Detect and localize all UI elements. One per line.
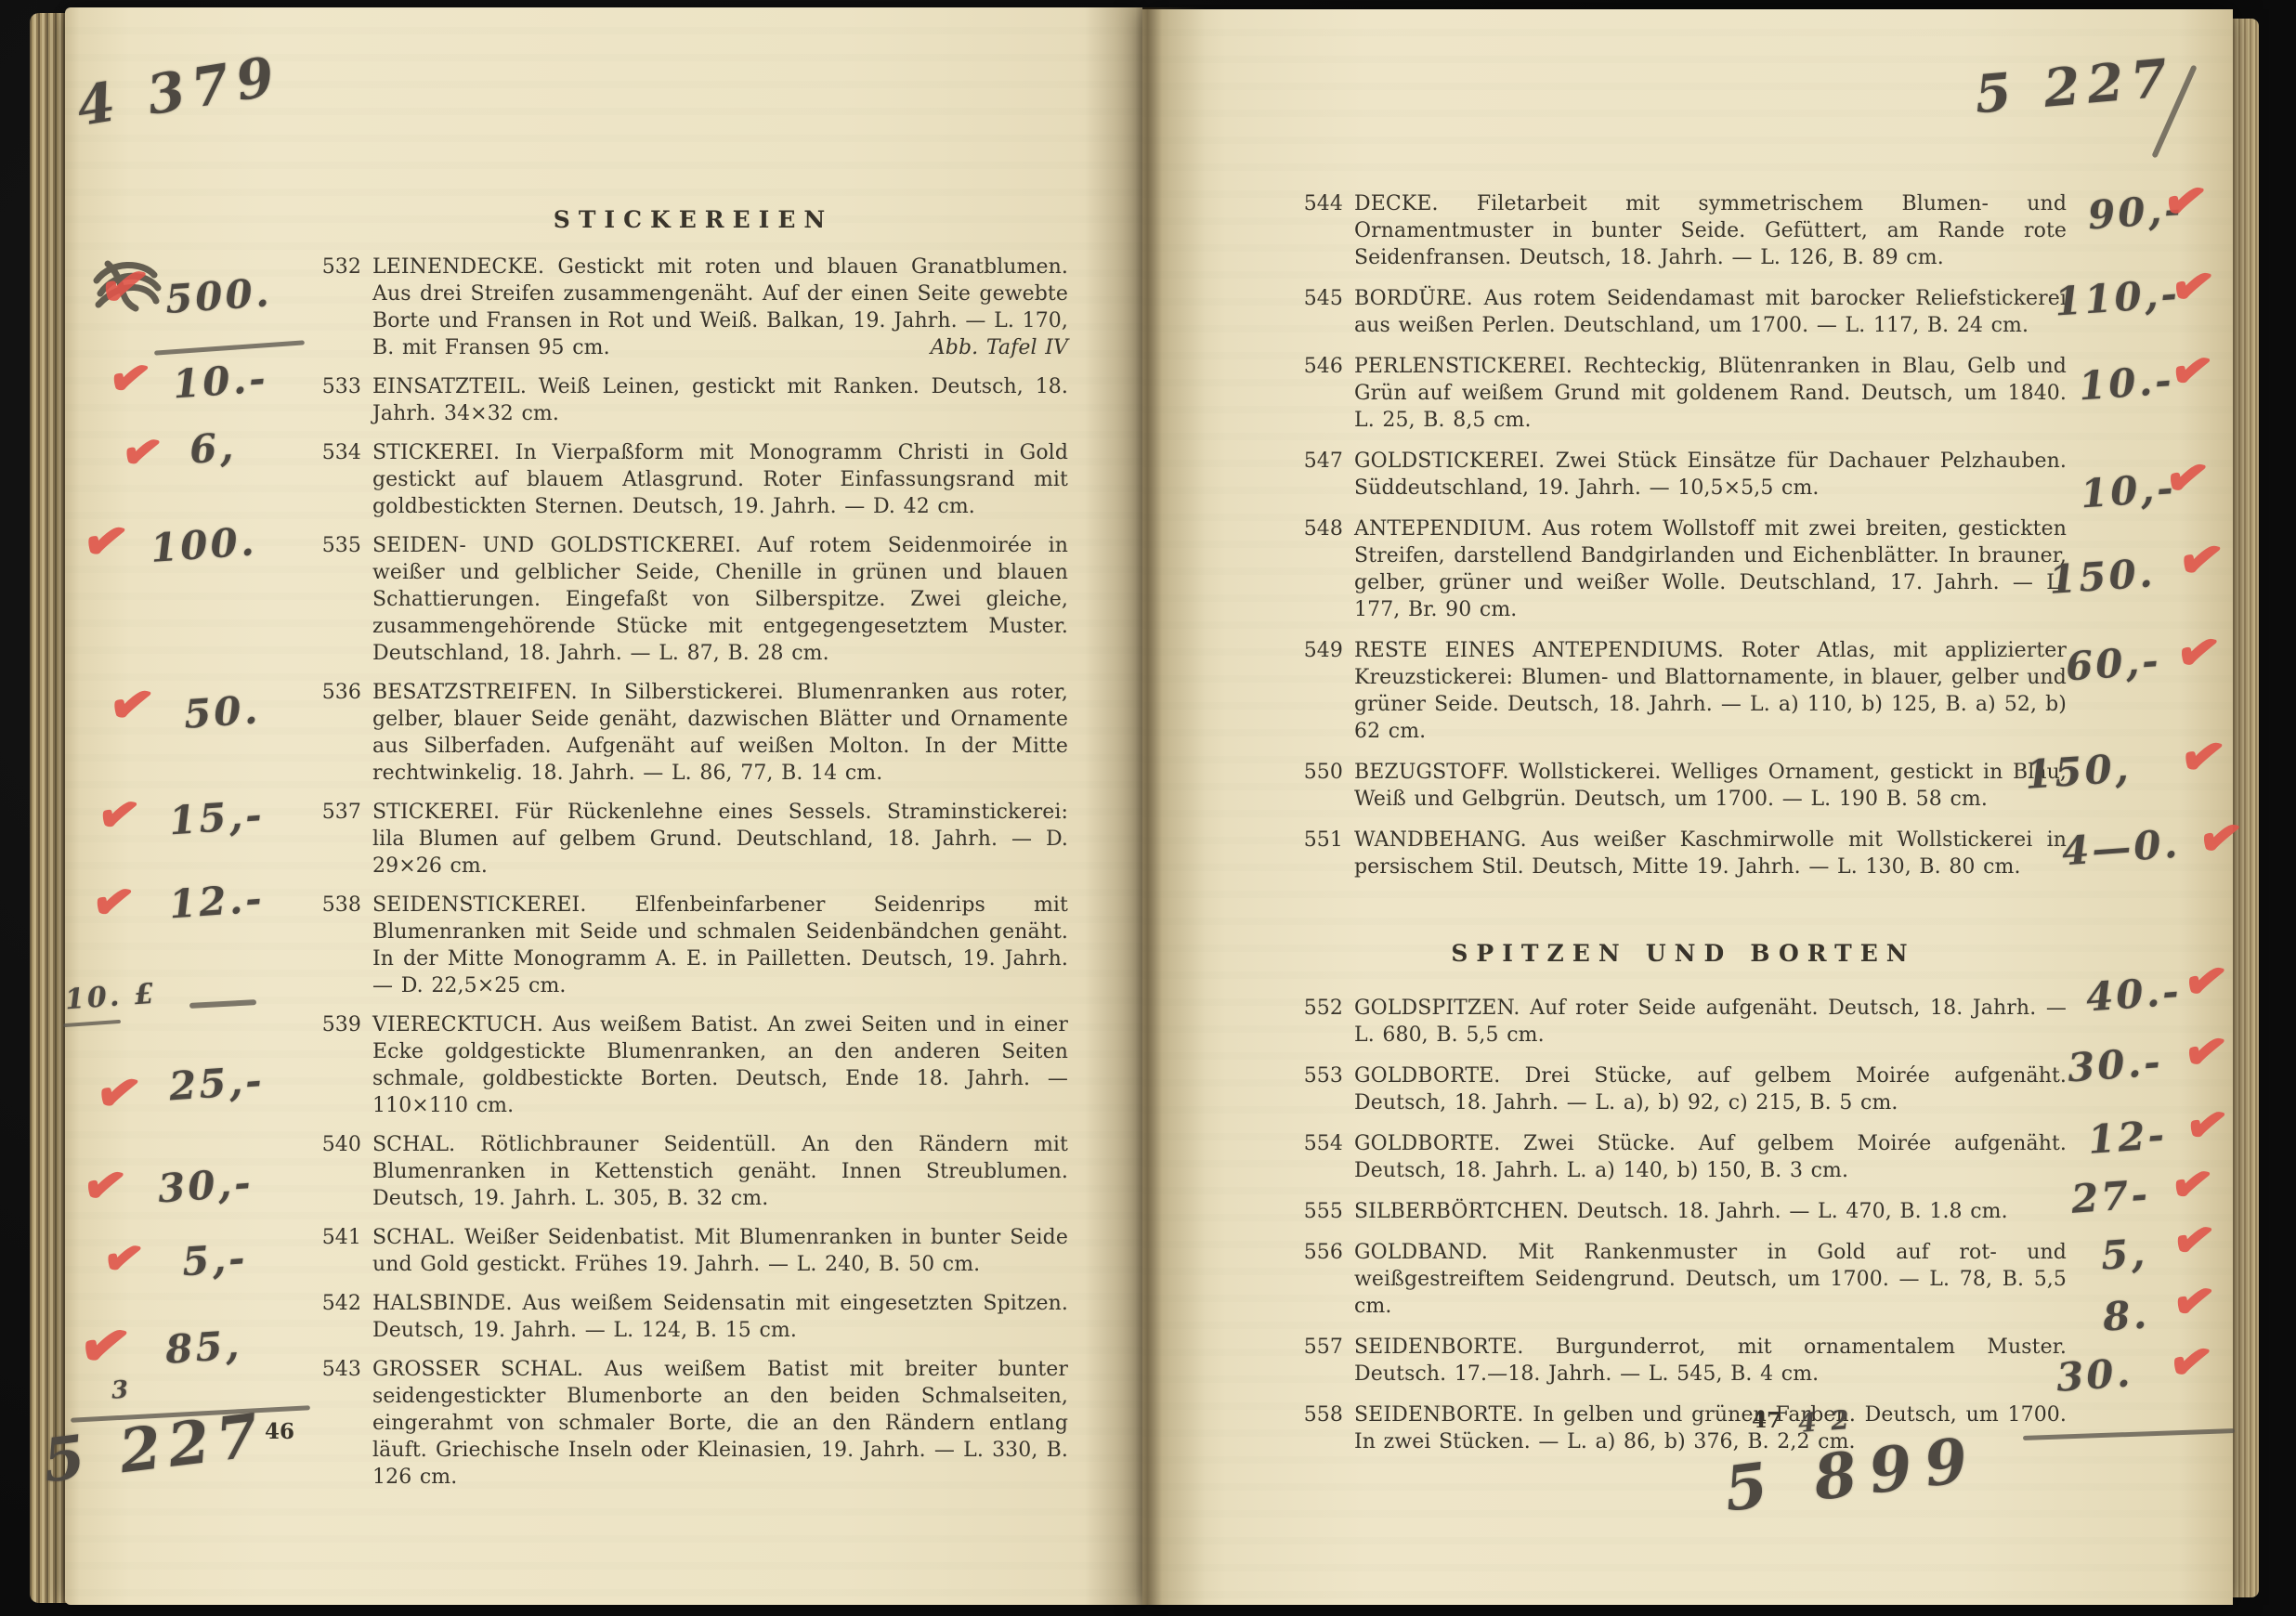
handwritten-price-551: 4—0. [2060,821,2181,875]
lot-description: SEIDENBORTE. Burgunderrot, mit ornamenta… [1354,1334,2067,1388]
catalog-entry-548: 548 ANTEPENDIUM. Aus rotem Wollstoff mit… [1300,515,2067,623]
lot-description: DECKE. Filetarbeit mit symmetrischem Blu… [1354,190,2067,271]
lot-number: 536 [319,679,361,787]
lot-description: SEIDEN- UND GOLDSTICKEREI. Auf rotem Sei… [372,532,1068,667]
catalog-entry-538: 538 SEIDENSTICKEREI. Elfenbeinfarbener S… [319,892,1068,999]
lot-number: 548 [1300,515,1343,623]
handwritten-price-532: 500. [163,269,272,322]
handwritten-price-556: 5, [2099,1230,2148,1278]
catalog-entry-549: 549 RESTE EINES ANTEPENDIUMS. Roter Atla… [1300,637,2067,745]
handwritten-price-533: 10.- [171,355,269,407]
handwritten-price-558: 30. [2055,1349,2133,1401]
red-checkmark-icon: ✔ [75,1313,135,1380]
page-number-left: 46 [265,1419,294,1444]
lot-number: 556 [1300,1239,1343,1320]
lot-description: GOLDSPITZEN. Auf roter Seide aufgenäht. … [1354,995,2067,1049]
red-checkmark-icon: ✔ [2170,1214,2218,1269]
lot-description: GROSSER SCHAL. Aus weißem Batist mit bre… [372,1356,1068,1491]
handwritten-price-554: 12- [2086,1112,2168,1163]
lot-number: 555 [1300,1198,1343,1225]
red-checkmark-icon: ✔ [2162,450,2212,506]
catalog-entry-545: 545 BORDÜRE. Aus rotem Seidendamast mit … [1300,285,2067,339]
page-edges-right [2231,19,2259,1597]
handwritten-price-549: 60,- [2064,637,2162,689]
lot-number: 558 [1300,1401,1343,1455]
handwritten-price-535: 100. [149,518,257,571]
red-checkmark-icon: ✔ [2181,1023,2231,1080]
red-checkmark-icon: ✔ [2181,953,2231,1010]
lot-description: EINSATZTEIL. Weiß Leinen, gestickt mit R… [372,373,1068,427]
red-checkmark-icon: ✔ [95,788,143,843]
red-checkmark-icon: ✔ [100,1232,147,1285]
lot-number: 547 [1300,448,1343,502]
lot-number: 550 [1300,759,1343,813]
red-checkmark-icon: ✔ [2183,1099,2231,1153]
lot-number: 534 [319,439,361,520]
catalog-entry-543: 543 GROSSER SCHAL. Aus weißem Batist mit… [319,1356,1068,1491]
catalog-entry-544: 544 DECKE. Filetarbeit mit symmetrischem… [1300,190,2067,271]
lot-description: GOLDBORTE. Zwei Stücke. Auf gelbem Moiré… [1354,1130,2067,1184]
handwritten-price-555: 27- [2069,1171,2151,1222]
lot-description: STICKEREI. In Vierpaßform mit Monogramm … [372,439,1068,520]
lot-description: PERLENSTICKEREI. Rechteckig, Blütenranke… [1354,353,2067,434]
red-checkmark-icon: ✔ [2168,258,2218,315]
handwritten-note-539: 10. £ [64,978,158,1017]
catalog-entry-551: 551 WANDBEHANG. Aus weißer Kaschmirwolle… [1300,827,2067,880]
section-header-spitzen-und-borten: SPITZEN UND BORTEN [1300,940,2067,967]
red-checkmark-icon: ✔ [2168,1158,2216,1213]
catalog-entry-552: 552 GOLDSPITZEN. Auf roter Seide aufgenä… [1300,995,2067,1049]
lot-number: 554 [1300,1130,1343,1184]
lot-description: WANDBEHANG. Aus weißer Kaschmirwolle mit… [1354,827,2067,880]
lot-description: VIERECKTUCH. Aus weißem Batist. An zwei … [372,1011,1068,1119]
lot-description: STICKEREI. Für Rückenlehne eines Sessels… [372,799,1068,880]
lot-number: 549 [1300,637,1343,745]
lot-number: 543 [319,1356,361,1491]
handwritten-price-534: 6, [188,424,237,472]
catalog-entry-554: 554 GOLDBORTE. Zwei Stücke. Auf gelbem M… [1300,1130,2067,1184]
red-checkmark-icon: ✔ [2170,1275,2218,1330]
lot-number: 539 [319,1011,361,1119]
lot-number: 546 [1300,353,1343,434]
red-checkmark-icon: ✔ [79,513,131,571]
handwritten-price-550: 150, [2023,745,2132,798]
lot-description: GOLDBAND. Mit Rankenmuster in Gold auf r… [1354,1239,2067,1320]
handwritten-price-537: 15,- [167,791,266,843]
catalog-entry-535: 535 SEIDEN- UND GOLDSTICKEREI. Auf rotem… [319,532,1068,667]
catalog-entry-542: 542 HALSBINDE. Aus weißem Seidensatin mi… [319,1290,1068,1344]
lot-description: GOLDSTICKEREI. Zwei Stück Einsätze für D… [1354,448,2067,502]
red-checkmark-icon: ✔ [2160,173,2211,229]
handwritten-price-552: 40.- [2084,968,2183,1020]
red-checkmark-icon: ✔ [92,1064,144,1123]
lot-number: 541 [319,1224,361,1278]
lot-description: SCHAL. Rötlichbrauner Seidentüll. An den… [372,1131,1068,1212]
catalog-entry-550: 550 BEZUGSTOFF. Wollstickerei. Welliges … [1300,759,2067,813]
lot-number: 551 [1300,827,1343,880]
lot-number: 553 [1300,1062,1343,1116]
lot-description: BORDÜRE. Aus rotem Seidendamast mit baro… [1354,285,2067,339]
red-checkmark-icon: ✔ [96,254,153,319]
auction-catalog-spread: STICKEREIEN 532 LEINENDECKE. Gestickt mi… [0,0,2296,1616]
handwritten-price-540: 25,- [167,1057,266,1109]
lot-description: BEZUGSTOFF. Wollstickerei. Welliges Orna… [1354,759,2067,813]
handwritten-price-543: 85, [163,1322,242,1373]
lot-number: 532 [319,254,361,361]
catalog-entry-532: 532 LEINENDECKE. Gestickt mit roten und … [319,254,1068,361]
red-checkmark-icon: ✔ [2174,531,2226,590]
red-checkmark-icon: ✔ [2173,624,2224,681]
lot-description: SEIDENSTICKEREI. Elfenbeinfarbener Seide… [372,892,1068,999]
handwritten-price-538: 12.- [167,875,266,927]
page-number-right: 47 [1752,1408,1781,1433]
red-checkmark-icon: ✔ [89,876,137,931]
catalog-entry-533: 533 EINSATZTEIL. Weiß Leinen, gestickt m… [319,373,1068,427]
lot-description: RESTE EINES ANTEPENDIUMS. Roter Atlas, m… [1354,637,2067,745]
red-checkmark-icon: ✔ [106,352,154,407]
catalog-entry-557: 557 SEIDENBORTE. Burgunderrot, mit ornam… [1300,1334,2067,1388]
handwritten-price-546: 10.- [2077,357,2175,409]
handwritten-price-548: 150. [2047,550,2156,603]
catalog-entry-555: 555 SILBERBÖRTCHEN. Deutsch. 18. Jahrh. … [1300,1198,2067,1225]
left-page-column: STICKEREIEN 532 LEINENDECKE. Gestickt mi… [319,206,1068,1503]
lot-number: 535 [319,532,361,667]
lot-description: BESATZSTREIFEN. In Silberstickerei. Blum… [372,679,1068,787]
lot-number: 538 [319,892,361,999]
page-edges-left [30,13,67,1603]
catalog-entry-536: 536 BESATZSTREIFEN. In Silberstickerei. … [319,679,1068,787]
lot-number: 557 [1300,1334,1343,1388]
lot-number: 552 [1300,995,1343,1049]
handwritten-carry-digit: 3 [111,1375,132,1404]
lot-description: SILBERBÖRTCHEN. Deutsch. 18. Jahrh. — L.… [1354,1198,2067,1225]
lot-number: 533 [319,373,361,427]
catalog-entry-546: 546 PERLENSTICKEREI. Rechteckig, Blütenr… [1300,353,2067,434]
catalog-entry-540: 540 SCHAL. Rötlichbrauner Seidentüll. An… [319,1131,1068,1212]
catalog-entry-537: 537 STICKEREI. Für Rückenlehne eines Ses… [319,799,1068,880]
lot-number: 540 [319,1131,361,1212]
lot-number: 542 [319,1290,361,1344]
lot-description: SCHAL. Weißer Seidenbatist. Mit Blumenra… [372,1224,1068,1278]
red-checkmark-icon: ✔ [2176,728,2228,787]
handwritten-price-541: 30,- [156,1159,254,1211]
catalog-entry-534: 534 STICKEREI. In Vierpaßform mit Monogr… [319,439,1068,520]
catalog-entry-541: 541 SCHAL. Weißer Seidenbatist. Mit Blum… [319,1224,1068,1278]
handwritten-price-542: 5,- [180,1235,249,1285]
red-checkmark-icon: ✔ [2166,1334,2216,1390]
red-checkmark-icon: ✔ [119,426,165,479]
handwritten-page-scribble: 4 2 [1797,1404,1853,1439]
lot-description: HALSBINDE. Aus weißem Seidensatin mit ei… [372,1290,1068,1344]
catalog-entry-556: 556 GOLDBAND. Mit Rankenmuster in Gold a… [1300,1239,2067,1320]
lot-number: 537 [319,799,361,880]
red-checkmark-icon: ✔ [2168,345,2216,399]
section-header-stickereien: STICKEREIEN [319,206,1068,233]
lot-number: 544 [1300,190,1343,271]
red-checkmark-icon: ✔ [80,1157,130,1214]
red-checkmark-icon: ✔ [105,676,157,735]
handwritten-price-557: 8. [2101,1291,2150,1339]
lot-description: GOLDBORTE. Drei Stücke, auf gelbem Moiré… [1354,1062,2067,1116]
right-page-column: 544 DECKE. Filetarbeit mit symmetrischem… [1300,190,2067,1469]
red-checkmark-icon: ✔ [2196,810,2246,867]
handwritten-price-545: 110,- [2053,270,2181,324]
handwritten-price-553: 30.- [2066,1038,2164,1090]
catalog-entry-553: 553 GOLDBORTE. Drei Stücke, auf gelbem M… [1300,1062,2067,1116]
lot-description: ANTEPENDIUM. Aus rotem Wollstoff mit zwe… [1354,515,2067,623]
catalog-entry-547: 547 GOLDSTICKEREI. Zwei Stück Einsätze f… [1300,448,2067,502]
lot-number: 545 [1300,285,1343,339]
catalog-entry-539: 539 VIERECKTUCH. Aus weißem Batist. An z… [319,1011,1068,1119]
handwritten-price-536: 50. [182,686,261,737]
